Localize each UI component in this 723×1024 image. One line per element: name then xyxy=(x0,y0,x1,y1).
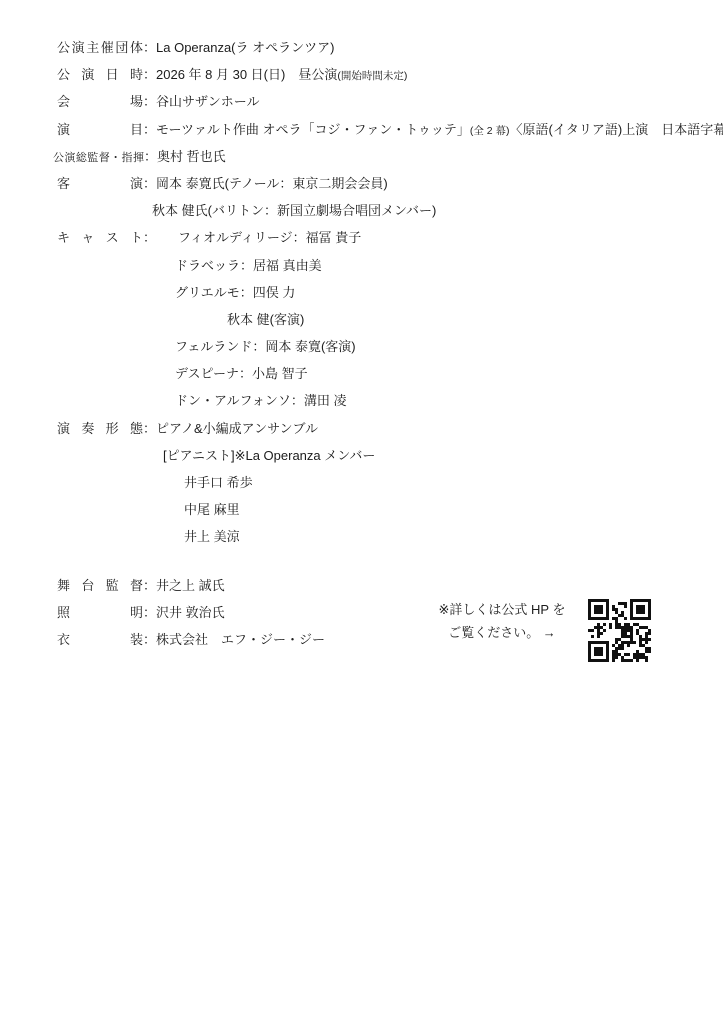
field-value: 井上 美涼 xyxy=(184,529,240,544)
field-colon: ： xyxy=(143,599,156,626)
field-value-text: 奥村 哲也氏 xyxy=(157,149,226,164)
qr-code xyxy=(588,599,651,662)
field-value: 谷山サザンホール xyxy=(156,94,259,109)
field-label: 演目 xyxy=(57,116,143,143)
doc-row: [ピアニスト]※La Operanza メンバー xyxy=(57,442,723,469)
doc-row: デスピーナ：小島 智子 xyxy=(57,360,723,387)
field-value-text: モーツァルト作曲 オペラ「コジ・ファン・トゥッテ」 xyxy=(156,122,470,137)
field-value-text: 2026 年 8 月 30 日(日) 昼公演 xyxy=(156,67,337,82)
field-value-text: ドラベッラ：居福 真由美 xyxy=(175,258,322,273)
field-value-text: 中尾 麻里 xyxy=(184,502,240,517)
field-value: 2026 年 8 月 30 日(日) 昼公演(開始時間未定) xyxy=(156,67,407,82)
doc-row: 会場：谷山サザンホール xyxy=(57,88,723,115)
field-value: ドン・アルフォンソ：溝田 凌 xyxy=(175,393,346,408)
field-label: 客演 xyxy=(57,170,143,197)
doc-row: 演目：モーツァルト作曲 オペラ「コジ・ファン・トゥッテ」(全 2 幕)〈原語(イ… xyxy=(57,116,723,143)
field-value-text: 〈原語(イタリア語)上演 日本語字幕付き〉 xyxy=(510,122,723,137)
field-value: 井之上 誠氏 xyxy=(156,578,225,593)
row-spacer xyxy=(57,551,723,572)
doc-row: 公演日時：2026 年 8 月 30 日(日) 昼公演(開始時間未定) xyxy=(57,61,723,88)
field-value-text: 岡本 泰寛氏(テノール：東京二期会会員) xyxy=(156,176,388,191)
field-value-text: 株式会社 エフ・ジー・ジー xyxy=(156,632,325,647)
doc-row: 公演総監督・指揮：奥村 哲也氏 xyxy=(57,143,723,170)
official-site-note: ※詳しくは公式 HP を ご覧ください。 → xyxy=(430,598,574,644)
field-value-text: フェルランド：岡本 泰寛(客演) xyxy=(175,339,356,354)
field-label: 照明 xyxy=(57,599,143,626)
official-site-note-line1: ※詳しくは公式 HP を xyxy=(430,598,574,621)
field-value: 奥村 哲也氏 xyxy=(157,149,226,164)
field-value: [ピアニスト]※La Operanza メンバー xyxy=(163,448,375,463)
field-value: 沢井 敦治氏 xyxy=(156,605,225,620)
doc-row: 井上 美涼 xyxy=(57,523,723,550)
field-value-text: 谷山サザンホール xyxy=(156,94,259,109)
field-value-text: デスピーナ：小島 智子 xyxy=(175,366,308,381)
field-value: フェルランド：岡本 泰寛(客演) xyxy=(175,339,356,354)
field-colon: ： xyxy=(143,34,156,61)
field-value: グリエルモ：四俣 力 xyxy=(175,285,295,300)
field-value: 岡本 泰寛氏(テノール：東京二期会会員) xyxy=(156,176,388,191)
field-colon: ： xyxy=(143,88,156,115)
field-value: ドラベッラ：居福 真由美 xyxy=(175,258,322,273)
document-rows: 公演主催団体：La Operanza(ラ オペランツア)公演日時：2026 年 … xyxy=(57,34,723,653)
doc-row: 中尾 麻里 xyxy=(57,496,723,523)
field-value: 秋本 健(客演) xyxy=(227,312,304,327)
field-colon: ： xyxy=(143,170,156,197)
doc-row: フェルランド：岡本 泰寛(客演) xyxy=(57,333,723,360)
field-label: 公演総監督・指揮 xyxy=(53,145,144,172)
field-value-text: 秋本 健(客演) xyxy=(227,312,304,327)
field-label: 公演主催団体 xyxy=(57,34,143,61)
field-label: キャスト xyxy=(57,224,143,251)
field-value-small-text: (全 2 幕) xyxy=(470,125,510,137)
doc-row: グリエルモ：四俣 力 xyxy=(57,279,723,306)
doc-row: 秋本 健(客演) xyxy=(57,306,723,333)
field-value: デスピーナ：小島 智子 xyxy=(175,366,308,381)
doc-row: ドン・アルフォンソ：溝田 凌 xyxy=(57,387,723,414)
doc-row: 秋本 健氏(バリトン：新国立劇場合唱団メンバー) xyxy=(57,197,723,224)
field-colon: ： xyxy=(143,116,156,143)
field-value-text: La Operanza(ラ オペランツア) xyxy=(156,40,334,55)
field-label: 会場 xyxy=(57,88,143,115)
field-value-text: 井手口 希歩 xyxy=(184,475,253,490)
field-value: フィオルディリージ：福冨 貴子 xyxy=(178,230,361,245)
doc-row: 演奏形態：ピアノ&小編成アンサンブル xyxy=(57,415,723,442)
field-value: 秋本 健氏(バリトン：新国立劇場合唱団メンバー) xyxy=(152,203,436,218)
field-value-text: グリエルモ：四俣 力 xyxy=(175,285,295,300)
field-value: 株式会社 エフ・ジー・ジー xyxy=(156,632,325,647)
field-colon: ： xyxy=(143,415,156,442)
doc-row: キャスト：フィオルディリージ：福冨 貴子 xyxy=(57,224,723,251)
field-value: La Operanza(ラ オペランツア) xyxy=(156,40,334,55)
field-value-text: 井之上 誠氏 xyxy=(156,578,225,593)
field-colon: ： xyxy=(143,626,156,653)
field-label: 公演日時 xyxy=(57,61,143,88)
doc-row: 舞台監督：井之上 誠氏 xyxy=(57,572,723,599)
field-label: 舞台監督 xyxy=(57,572,143,599)
doc-row: 公演主催団体：La Operanza(ラ オペランツア) xyxy=(57,34,723,61)
field-value-text: [ピアニスト]※La Operanza メンバー xyxy=(163,448,375,463)
document-page: 公演主催団体：La Operanza(ラ オペランツア)公演日時：2026 年 … xyxy=(0,0,723,1024)
field-value-text: フィオルディリージ：福冨 貴子 xyxy=(178,230,361,245)
field-colon: ： xyxy=(144,143,157,170)
field-label: 衣装 xyxy=(57,626,143,653)
field-value-text: 沢井 敦治氏 xyxy=(156,605,225,620)
field-colon: ： xyxy=(143,224,156,251)
field-colon: ： xyxy=(143,61,156,88)
field-value-small-text: (開始時間未定) xyxy=(337,70,407,82)
field-value-text: ピアノ&小編成アンサンブル xyxy=(156,421,318,436)
field-colon: ： xyxy=(143,572,156,599)
field-label: 演奏形態 xyxy=(57,415,143,442)
field-value: 中尾 麻里 xyxy=(184,502,240,517)
official-site-note-line2: ご覧ください。 → xyxy=(430,621,574,644)
doc-row: 客演：岡本 泰寛氏(テノール：東京二期会会員) xyxy=(57,170,723,197)
doc-row: 井手口 希歩 xyxy=(57,469,723,496)
field-value-text: 井上 美涼 xyxy=(184,529,240,544)
field-value: モーツァルト作曲 オペラ「コジ・ファン・トゥッテ」(全 2 幕)〈原語(イタリア… xyxy=(156,122,723,137)
field-value-text: ドン・アルフォンソ：溝田 凌 xyxy=(175,393,346,408)
field-value: 井手口 希歩 xyxy=(184,475,253,490)
field-value: ピアノ&小編成アンサンブル xyxy=(156,421,318,436)
field-value-text: 秋本 健氏(バリトン：新国立劇場合唱団メンバー) xyxy=(152,203,436,218)
doc-row: ドラベッラ：居福 真由美 xyxy=(57,252,723,279)
